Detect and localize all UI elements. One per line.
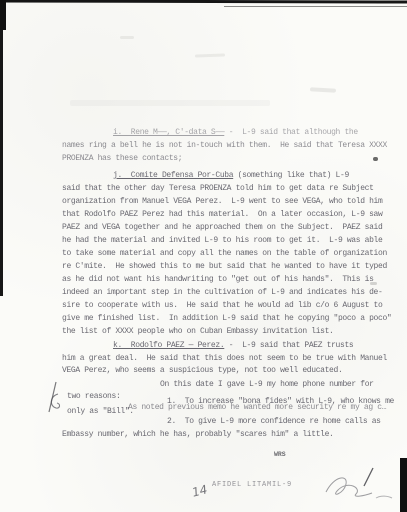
typed-line: give me finished list. In addition L-9 s… bbox=[62, 314, 391, 323]
typed-line: the list of XXXX people who on Cuban Emb… bbox=[62, 327, 334, 336]
typed-line: PAEZ and VEGA together and he approached… bbox=[62, 223, 382, 232]
typed-line: organization from Manuel VEGA Perez. L-9… bbox=[62, 197, 382, 206]
typed-line: as he did not want his handwriting to "g… bbox=[62, 275, 374, 284]
underlined-name: i. Rene M——, C'-data S—— bbox=[113, 128, 224, 137]
ink-speck bbox=[373, 157, 378, 161]
typed-line: he had the material and invited L-9 to h… bbox=[62, 236, 382, 245]
typed-line: re C'mite. He showed this to me but said… bbox=[62, 262, 387, 271]
scan-left-border bbox=[0, 0, 3, 296]
typed-line: i. Rene M——, C'-data S—— - L-9 said that… bbox=[113, 128, 358, 137]
underlined-name: j. Comite Defensa Por-Cuba bbox=[113, 171, 233, 180]
typed-line: On this date I gave L-9 my home phone nu… bbox=[160, 380, 374, 389]
scanned-document-page: i. Rene M——, C'-data S—— - L-9 said that… bbox=[0, 0, 407, 512]
typed-line: two reasons: bbox=[67, 392, 120, 401]
smudge bbox=[120, 36, 134, 39]
typed-line: said that the other day Teresa PROENZA t… bbox=[62, 184, 374, 193]
handwritten-margin-mark bbox=[42, 380, 64, 416]
scan-left-border-blob bbox=[0, 0, 6, 30]
typed-line: sire to cooperate with us. He said that … bbox=[62, 301, 382, 310]
smudge bbox=[195, 53, 225, 57]
typed-line: that Rodolfo PAEZ Perez had this materia… bbox=[62, 210, 382, 219]
reviewer-initials: WRS bbox=[274, 451, 286, 458]
scan-top-border bbox=[0, 0, 407, 4]
smudge bbox=[70, 100, 270, 106]
typed-interlinear-note: As noted previous memo he wanted more se… bbox=[128, 403, 386, 412]
typed-line: him a great deal. He said that this does… bbox=[62, 354, 387, 363]
typed-line: to take some material and copy all the n… bbox=[62, 249, 387, 258]
typed-line: 2. To give L-9 more confidence re home c… bbox=[167, 417, 381, 426]
scan-top-border-echo bbox=[224, 6, 407, 7]
typed-line: j. Comite Defensa Por-Cuba (something li… bbox=[113, 171, 349, 180]
typed-line: k. Rodolfo PAEZ — Perez. - L-9 said that… bbox=[113, 341, 353, 350]
typed-line: Embassy number, which he has, probably "… bbox=[62, 430, 334, 439]
typed-line: indeed an important step in the cultivat… bbox=[62, 288, 382, 297]
underlined-name: k. Rodolfo PAEZ — Perez. bbox=[113, 341, 224, 350]
typed-line: VEGA Perez, who seems a suspicious type,… bbox=[62, 366, 342, 375]
typed-line: only as "Bill". bbox=[67, 407, 134, 416]
handwritten-page-number: 14 bbox=[191, 482, 209, 499]
smudge bbox=[310, 87, 336, 92]
typed-line: names ring a bell he is not in-touch wit… bbox=[62, 141, 387, 150]
file-reference-line: AFIDEL LITAMIL-9 bbox=[212, 481, 292, 489]
typed-line: PROENZA has these contacts; bbox=[62, 154, 182, 163]
scan-corner-bar bbox=[400, 458, 407, 512]
signature-squiggle bbox=[318, 462, 400, 510]
